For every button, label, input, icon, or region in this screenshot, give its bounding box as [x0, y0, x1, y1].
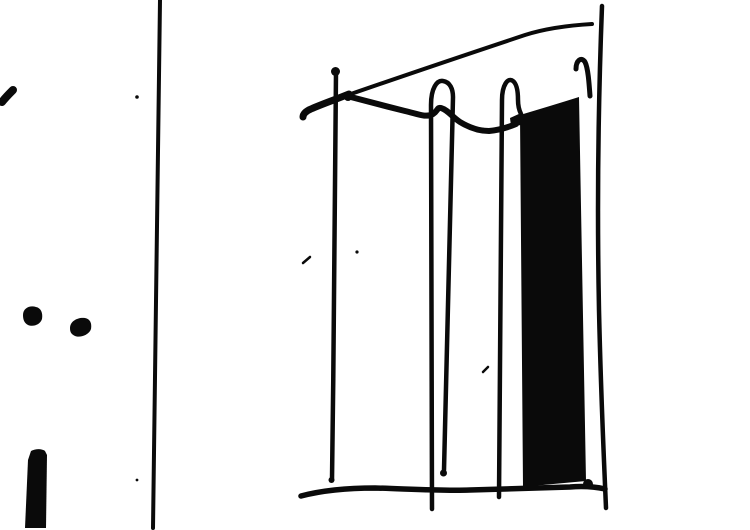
filled-bar-top-nub [510, 113, 522, 126]
bar-base-junction-blob [583, 479, 593, 489]
roof-diagonal-line [348, 24, 592, 95]
column-line-1-bottom-dot [329, 477, 335, 483]
tick-mark-left [303, 257, 310, 263]
margin-flick-mark [2, 90, 13, 102]
speck-top-left [135, 95, 139, 99]
sketch-canvas [0, 0, 750, 530]
column-line-1 [332, 72, 336, 480]
arrow-barb-stroke [303, 94, 349, 117]
filled-bar [520, 97, 586, 487]
bar-right-hook [576, 59, 590, 96]
loop-line-2 [431, 81, 453, 509]
speck-bottom-left [136, 479, 139, 482]
ink-dot-right [70, 318, 91, 337]
base-line [301, 487, 605, 496]
left-margin-line [153, 0, 160, 528]
loop-line-2-end-dot [440, 470, 447, 477]
ink-dot-left [23, 306, 42, 325]
dash-mark-right [483, 367, 488, 372]
ink-bar-mark [25, 449, 47, 528]
loop-line-3 [499, 80, 521, 497]
scanned-sketch-page [0, 0, 750, 530]
column-line-1-top-dot [331, 67, 340, 76]
speck-mid [355, 250, 358, 253]
right-frame-line [598, 6, 606, 508]
